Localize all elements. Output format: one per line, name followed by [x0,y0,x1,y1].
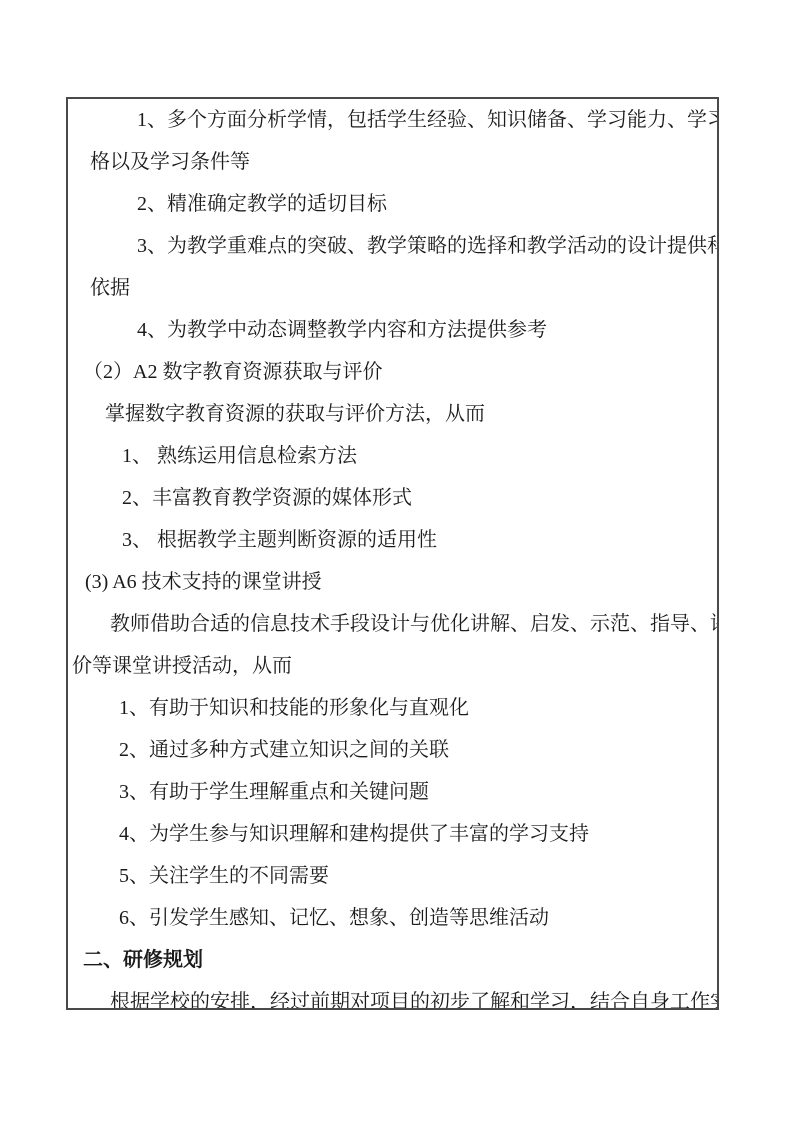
text-line: 2、丰富教育教学资源的媒体形式 [68,477,717,519]
text-line: 2、通过多种方式建立知识之间的关联 [68,729,717,771]
a6-heading-line: (3) A6 技术支持的课堂讲授 [68,561,717,603]
text-line: 格以及学习条件等 [68,141,717,183]
text-line: 价等课堂讲授活动，从而 [68,645,717,687]
text-line: 依据 [68,267,717,309]
text-line: 3、有助于学生理解重点和关键问题 [68,771,717,813]
text-line: 5、关注学生的不同需要 [68,855,717,897]
a2-heading-line: （2）A2 数字教育资源获取与评价 [68,351,717,393]
text-line: 根据学校的安排，经过前期对项目的初步了解和学习，结合自身工作实际， [68,981,717,1010]
text-line: 教师借助合适的信息技术手段设计与优化讲解、启发、示范、指导、评 [68,603,717,645]
text-line: 3、为教学重难点的突破、教学策略的选择和教学活动的设计提供科学 [68,225,717,267]
text-line: 1、多个方面分析学情，包括学生经验、知识储备、学习能力、学习风 [68,99,717,141]
text-line: 1、有助于知识和技能的形象化与直观化 [68,687,717,729]
text-line: 4、为教学中动态调整教学内容和方法提供参考 [68,309,717,351]
text-line: 3、 根据教学主题判断资源的适用性 [68,519,717,561]
text-line: 2、精准确定教学的适切目标 [68,183,717,225]
text-line: 6、引发学生感知、记忆、想象、创造等思维活动 [68,897,717,939]
text-line: 掌握数字教育资源的获取与评价方法，从而 [68,393,717,435]
section-heading: 二、研修规划 [68,939,717,981]
table-content-cell: 1、多个方面分析学情，包括学生经验、知识储备、学习能力、学习风 格以及学习条件等… [66,97,719,1010]
document-page: 1、多个方面分析学情，包括学生经验、知识储备、学习能力、学习风 格以及学习条件等… [0,0,793,1122]
text-line: 4、为学生参与知识理解和建构提供了丰富的学习支持 [68,813,717,855]
text-line: 1、 熟练运用信息检索方法 [68,435,717,477]
